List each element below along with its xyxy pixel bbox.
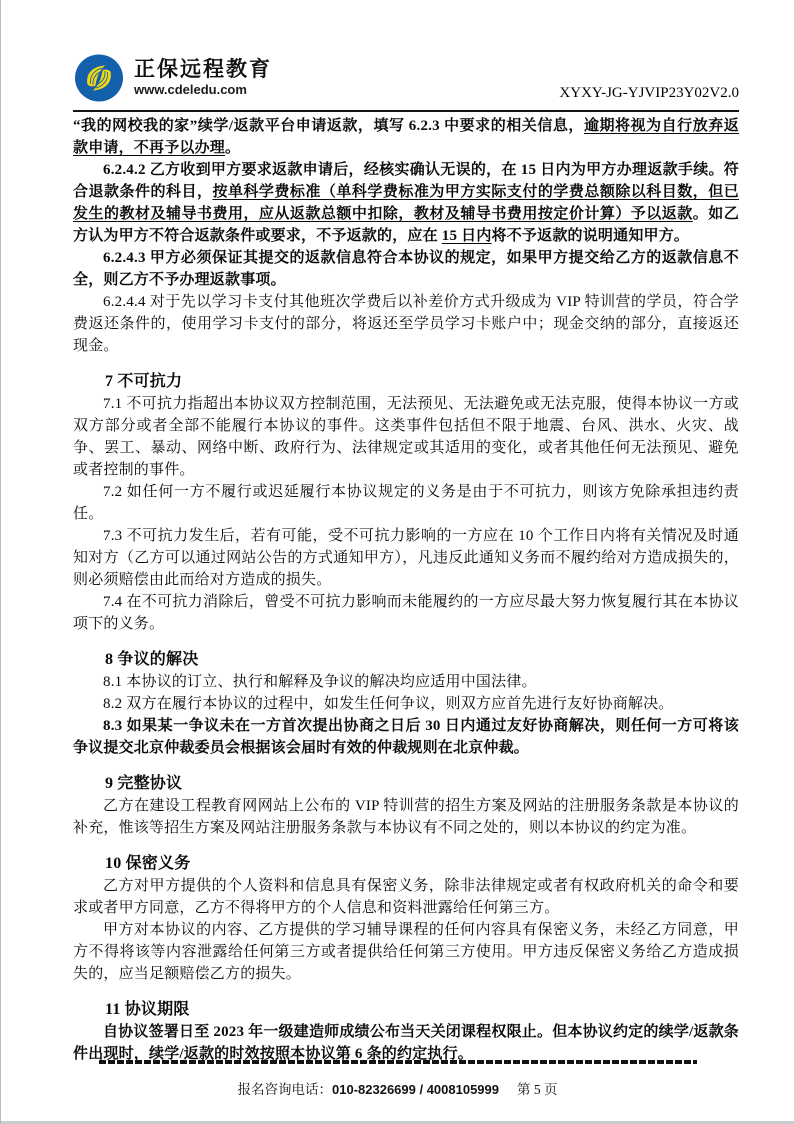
text-run: 7 不可抗力 <box>105 373 182 390</box>
text-run: 8.3 如果某一争议未在一方首次提出协商之日后 30 日内通过友好协商解决，则任… <box>73 718 739 756</box>
text-run: 6.2.4.4 对于先以学习卡支付其他班次学费后以补差价方式升级成为 VIP 特… <box>73 294 739 354</box>
contract-paragraph: 8.3 如果某一争议未在一方首次提出协商之日后 30 日内通过友好协商解决，则任… <box>73 715 739 759</box>
text-run: 8.2 双方在履行本协议的过程中，如发生任何争议，则双方应首先进行友好协商解决。 <box>103 696 674 712</box>
contract-paragraph: 甲方对本协议的内容、乙方提供的学习辅导课程的任何内容具有保密义务，未经乙方同意，… <box>73 919 739 985</box>
section-heading: 7 不可抗力 <box>73 371 739 393</box>
consult-phone-numbers: 010-82326699 / 4008105999 <box>332 1082 499 1097</box>
text-run: 。 <box>225 140 240 156</box>
section-heading: 10 保密义务 <box>73 853 739 875</box>
contract-paragraph: 8.1 本协议的订立、执行和解释及争议的解决均应适用中国法律。 <box>73 671 739 693</box>
text-run: 7.2 如任何一方不履行或迟延履行本协议规定的义务是由于不可抗力，则该方免除承担… <box>73 484 739 522</box>
text-run: 15 日内 <box>442 228 492 244</box>
text-run: 9 完整协议 <box>105 775 182 792</box>
text-run: 7.3 不可抗力发生后，若有可能，受不可抗力影响的一方应在 10 个工作日内将有… <box>73 528 739 588</box>
text-run: 甲方对本协议的内容、乙方提供的学习辅导课程的任何内容具有保密义务，未经乙方同意，… <box>73 922 739 982</box>
contract-body: “我的网校我的家”续学/返款平台申请返款，填写 6.2.3 中要求的相关信息，逾… <box>1 112 794 1065</box>
text-run: 8 争议的解决 <box>105 651 198 668</box>
text-run: 7.1 不可抗力指超出本协议双方控制范围，无法预见、无法避免或无法克服，使得本协… <box>73 396 739 478</box>
brand-logo-icon <box>73 53 125 103</box>
page-footer: 报名咨询电话：010-82326699 / 4008105999第 5 页 <box>1 1060 794 1098</box>
text-run: “我的网校我的家”续学/返款平台申请返款，填写 6.2.3 中要求的相关信息， <box>73 118 584 134</box>
page-header: 正保远程教育 www.cdeledu.com XYXY-JG-YJVIP23Y0… <box>1 0 794 103</box>
contract-paragraph: 6.2.4.2 乙方收到甲方要求返款申请后，经核实确认无误的，在 15 日内为甲… <box>73 159 739 247</box>
consult-phone-label: 报名咨询电话： <box>238 1082 333 1097</box>
text-run: 11 协议期限 <box>105 1001 190 1018</box>
contract-paragraph: “我的网校我的家”续学/返款平台申请返款，填写 6.2.3 中要求的相关信息，逾… <box>73 115 739 159</box>
contract-paragraph: 7.2 如任何一方不履行或迟延履行本协议规定的义务是由于不可抗力，则该方免除承担… <box>73 481 739 525</box>
document-page: 正保远程教育 www.cdeledu.com XYXY-JG-YJVIP23Y0… <box>0 0 795 1124</box>
text-run: 8.1 本协议的订立、执行和解释及争议的解决均应适用中国法律。 <box>103 674 537 690</box>
contract-paragraph: 6.2.4.3 甲方必须保证其提交的返款信息符合本协议的规定，如果甲方提交给乙方… <box>73 247 739 291</box>
contract-paragraph: 自协议签署日至 2023 年一级建造师成绩公布当天关闭课程权限止。但本协议约定的… <box>73 1021 739 1065</box>
section-heading: 9 完整协议 <box>73 773 739 795</box>
brand-logo: 正保远程教育 www.cdeledu.com <box>73 53 272 103</box>
page-number: 第 5 页 <box>517 1082 558 1097</box>
contract-paragraph: 7.3 不可抗力发生后，若有可能，受不可抗力影响的一方应在 10 个工作日内将有… <box>73 525 739 591</box>
text-run: 乙方对甲方提供的个人资料和信息具有保密义务，除非法律规定或者有权政府机关的命令和… <box>73 878 739 916</box>
text-run: 10 保密义务 <box>105 855 190 872</box>
contract-paragraph: 7.1 不可抗力指超出本协议双方控制范围，无法预见、无法避免或无法克服，使得本协… <box>73 393 739 481</box>
text-run: 6.2.4.3 甲方必须保证其提交的返款信息符合本协议的规定，如果甲方提交给乙方… <box>73 250 739 288</box>
contract-paragraph: 7.4 在不可抗力消除后，曾受不可抗力影响而未能履约的一方应尽最大努力恢复履行其… <box>73 591 739 635</box>
contract-paragraph: 8.2 双方在履行本协议的过程中，如发生任何争议，则双方应首先进行友好协商解决。 <box>73 693 739 715</box>
footer-text: 报名咨询电话：010-82326699 / 4008105999第 5 页 <box>1 1078 794 1098</box>
section-heading: 11 协议期限 <box>73 999 739 1021</box>
text-run: 自协议签署日至 2023 年一级建造师成绩公布当天关闭课程权限止。但本协议约定的… <box>73 1024 739 1062</box>
footer-divider <box>99 1060 697 1064</box>
contract-paragraph: 6.2.4.4 对于先以学习卡支付其他班次学费后以补差价方式升级成为 VIP 特… <box>73 291 739 357</box>
text-run: 7.4 在不可抗力消除后，曾受不可抗力影响而未能履约的一方应尽最大努力恢复履行其… <box>73 594 739 632</box>
text-run: 乙方在建设工程教育网网站上公布的 VIP 特训营的招生方案及网站的注册服务条款是… <box>73 798 739 836</box>
brand-name: 正保远程教育 <box>134 58 272 82</box>
text-run: 将不予返款的说明通知甲方。 <box>492 228 690 244</box>
contract-paragraph: 乙方在建设工程教育网网站上公布的 VIP 特训营的招生方案及网站的注册服务条款是… <box>73 795 739 839</box>
contract-paragraph: 乙方对甲方提供的个人资料和信息具有保密义务，除非法律规定或者有权政府机关的命令和… <box>73 875 739 919</box>
section-heading: 8 争议的解决 <box>73 649 739 671</box>
brand-website: www.cdeledu.com <box>134 83 272 98</box>
document-code: XYXY-JG-YJVIP23Y02V2.0 <box>559 85 739 103</box>
brand-text: 正保远程教育 www.cdeledu.com <box>134 58 272 97</box>
